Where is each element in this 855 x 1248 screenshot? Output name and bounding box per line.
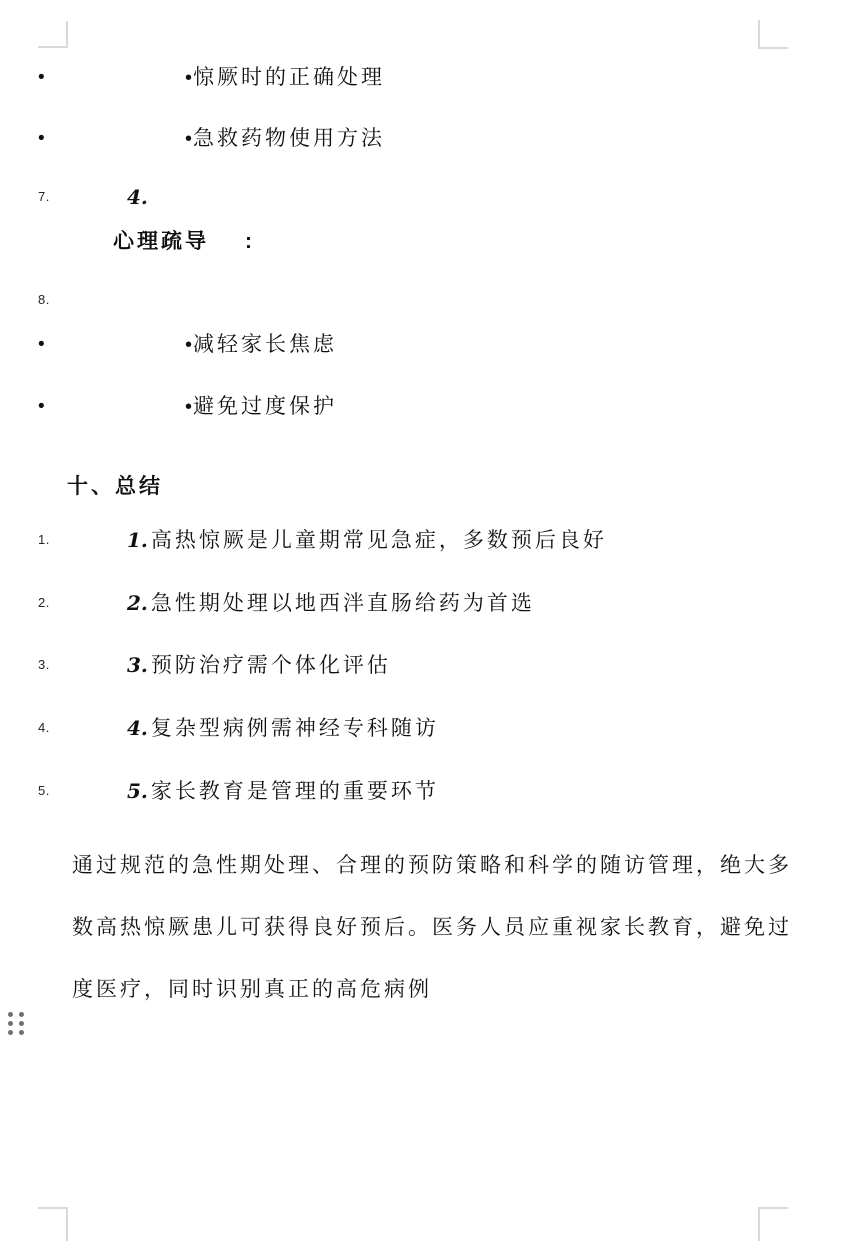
inline-bullet-icon: • [185, 334, 192, 356]
bullet-list-item: • •急救药物使用方法 [0, 126, 855, 152]
summary-list-item: 1. 1.高热惊厥是儿童期常见急症，多数预后良好 [0, 527, 855, 553]
inline-bullet-icon: • [185, 67, 192, 89]
item-numeral: 4. [127, 185, 148, 209]
summary-list-item: 4. 4.复杂型病例需神经专科随访 [0, 715, 855, 741]
paragraph-text: 度医疗，同时识别真正的高危病例 [72, 977, 432, 1003]
bullet-list-item: • •避免过度保护 [0, 394, 855, 420]
bullet-item-label: 急救药物使用方法 [193, 127, 385, 150]
summary-item-text: 高热惊厥是儿童期常见急症，多数预后良好 [151, 529, 607, 552]
drag-handle-dot [19, 1021, 24, 1026]
bullet-item-text: •急救药物使用方法 [185, 126, 385, 152]
bullet-item-label: 惊厥时的正确处理 [193, 66, 385, 89]
bullet-list-item: • •惊厥时的正确处理 [0, 65, 855, 91]
drag-handle-icon[interactable] [8, 1012, 24, 1035]
section-heading: 十、总结 [67, 474, 163, 500]
summary-item-text: 预防治疗需个体化评估 [151, 654, 391, 677]
margin-number-label: 8. [38, 287, 50, 313]
summary-item-text: 复杂型病例需神经专科随访 [151, 717, 439, 740]
bullet-list-item: • •减轻家长焦虑 [0, 332, 855, 358]
margin-bullet-icon: • [38, 126, 45, 152]
page-corner-mark-top-right [758, 20, 788, 49]
item-numeral: 2. [127, 591, 148, 615]
page-corner-mark-top-left [38, 21, 68, 48]
margin-bullet-icon: • [38, 65, 45, 91]
numbered-list-item: 7. 4. [0, 184, 855, 210]
drag-handle-dot [8, 1021, 13, 1026]
item-numeral: 1. [127, 528, 148, 552]
numbered-list-item: 8. [0, 287, 855, 313]
item-numeral: 3. [127, 653, 148, 677]
paragraph-text: 数高热惊厥患儿可获得良好预后。医务人员应重视家长教育，避免过 [72, 915, 792, 941]
bullet-item-text: •惊厥时的正确处理 [185, 65, 385, 91]
margin-number-label: 5. [38, 778, 50, 804]
item-numeral: 5. [127, 779, 148, 803]
summary-list-item: 2. 2.急性期处理以地西泮直肠给药为首选 [0, 590, 855, 616]
bullet-item-text: •避免过度保护 [185, 394, 337, 420]
bullet-item-text: •减轻家长焦虑 [185, 332, 337, 358]
margin-number-label: 3. [38, 652, 50, 678]
subheading-text: 心理疏导 [113, 230, 209, 253]
subheading-colon: : [245, 230, 255, 253]
drag-handle-dot [8, 1030, 13, 1035]
margin-bullet-icon: • [38, 394, 45, 420]
summary-list-item: 3. 3.预防治疗需个体化评估 [0, 652, 855, 678]
margin-bullet-icon: • [38, 332, 45, 358]
document-page: • •惊厥时的正确处理 • •急救药物使用方法 7. 4. 心理疏导: 8. •… [0, 0, 855, 1248]
bullet-item-label: 避免过度保护 [193, 395, 337, 418]
subheading-row: 心理疏导: [0, 229, 855, 255]
inline-bullet-icon: • [185, 396, 192, 418]
bullet-item-label: 减轻家长焦虑 [193, 333, 337, 356]
drag-handle-dot [8, 1012, 13, 1017]
closing-paragraph-line: 度医疗，同时识别真正的高危病例 [0, 977, 855, 1003]
drag-handle-dot [19, 1012, 24, 1017]
paragraph-text: 通过规范的急性期处理、合理的预防策略和科学的随访管理，绝大多 [72, 853, 792, 879]
section-heading-row: 十、总结 [0, 474, 855, 500]
margin-number-label: 2. [38, 590, 50, 616]
page-corner-mark-bottom-right [758, 1207, 788, 1241]
margin-number-label: 7. [38, 184, 50, 210]
item-numeral: 4. [127, 716, 148, 740]
inline-bullet-icon: • [185, 128, 192, 150]
summary-item-text: 急性期处理以地西泮直肠给药为首选 [151, 592, 535, 615]
margin-number-label: 4. [38, 715, 50, 741]
summary-list-item: 5. 5.家长教育是管理的重要环节 [0, 778, 855, 804]
page-corner-mark-bottom-left [38, 1207, 68, 1241]
closing-paragraph-line: 数高热惊厥患儿可获得良好预后。医务人员应重视家长教育，避免过 [0, 915, 855, 941]
margin-number-label: 1. [38, 527, 50, 553]
closing-paragraph-line: 通过规范的急性期处理、合理的预防策略和科学的随访管理，绝大多 [0, 853, 855, 879]
drag-handle-dot [19, 1030, 24, 1035]
summary-item-text: 家长教育是管理的重要环节 [151, 780, 439, 803]
